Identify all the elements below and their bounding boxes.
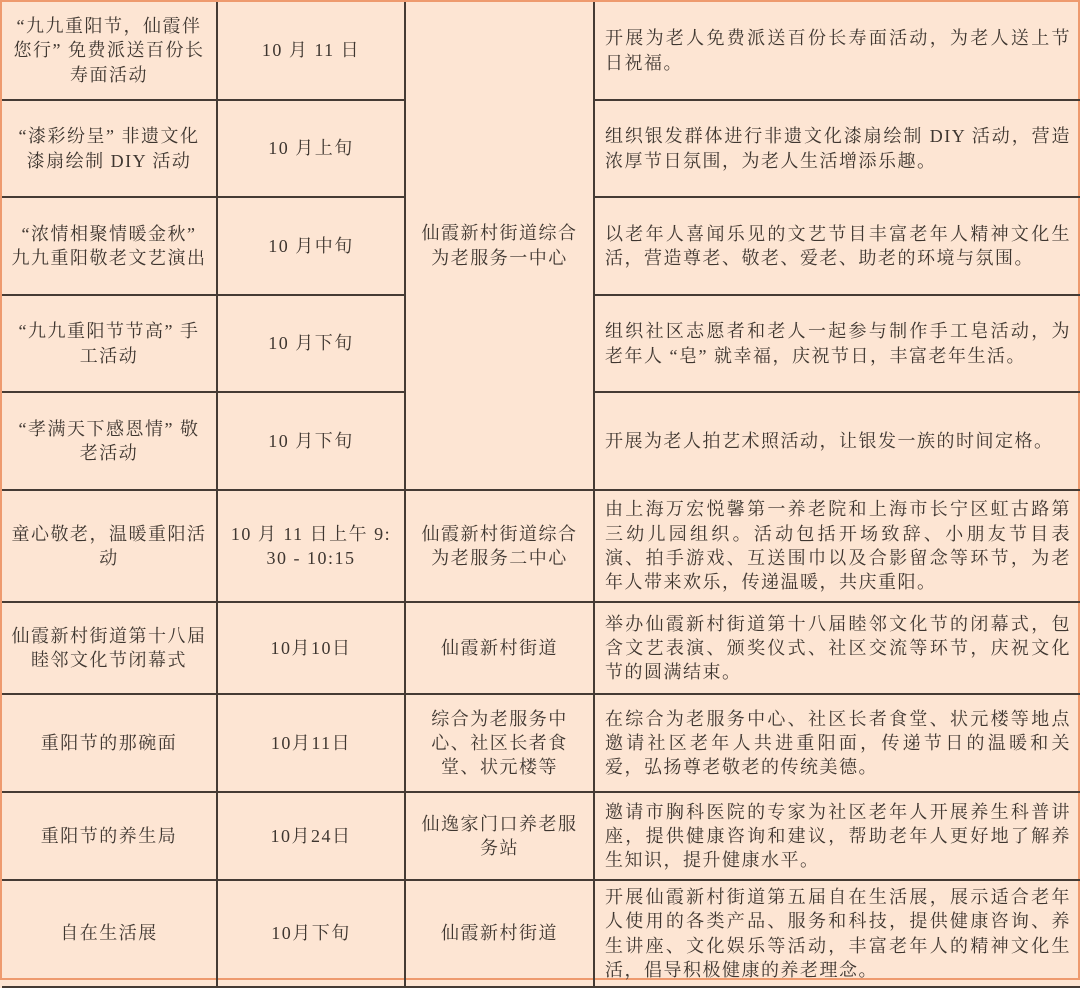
activity-cell: “浓情相聚情暖金秋” 九九重阳敬老文艺演出 <box>2 197 217 295</box>
activity-cell: 仙霞新村街道第十八届睦邻文化节闭幕式 <box>2 602 217 694</box>
description-cell: 组织社区志愿者和老人一起参与制作手工皂活动，为老年人 “皂” 就幸福，庆祝节日，… <box>594 295 1080 392</box>
date-cell: 10 月中旬 <box>217 197 405 295</box>
table-row: 自在生活展 10月下旬 仙霞新村街道 开展仙霞新村街道第五届自在生活展，展示适合… <box>2 880 1080 987</box>
activity-cell: 自在生活展 <box>2 880 217 987</box>
activity-cell: “九九重阳节节高” 手工活动 <box>2 295 217 392</box>
date-cell: 10 月下旬 <box>217 392 405 490</box>
description-cell: 开展为老人拍艺术照活动，让银发一族的时间定格。 <box>594 392 1080 490</box>
date-cell: 10 月 11 日 <box>217 2 405 100</box>
location-cell: 仙霞新村街道 <box>405 880 594 987</box>
activity-cell: “九九重阳节，仙霞伴您行” 免费派送百份长寿面活动 <box>2 2 217 100</box>
document-frame: “九九重阳节，仙霞伴您行” 免费派送百份长寿面活动 10 月 11 日 仙霞新村… <box>0 0 1080 980</box>
location-cell: 仙逸家门口养老服务站 <box>405 792 594 880</box>
date-cell: 10月11日 <box>217 694 405 792</box>
date-cell: 10 月 11 日上午 9:30 - 10:15 <box>217 490 405 602</box>
location-cell: 仙霞新村街道综合为老服务二中心 <box>405 490 594 602</box>
description-cell: 组织银发群体进行非遗文化漆扇绘制 DIY 活动，营造浓厚节日氛围，为老人生活增添… <box>594 100 1080 197</box>
table-row: 童心敬老，温暖重阳活动 10 月 11 日上午 9:30 - 10:15 仙霞新… <box>2 490 1080 602</box>
description-cell: 以老年人喜闻乐见的文艺节目丰富老年人精神文化生活，营造尊老、敬老、爱老、助老的环… <box>594 197 1080 295</box>
table-row: 重阳节的养生局 10月24日 仙逸家门口养老服务站 邀请市胸科医院的专家为社区老… <box>2 792 1080 880</box>
description-cell: 由上海万宏悦馨第一养老院和上海市长宁区虹古路第三幼儿园组织。活动包括开场致辞、小… <box>594 490 1080 602</box>
description-cell: 邀请市胸科医院的专家为社区老年人开展养生科普讲座，提供健康咨询和建议，帮助老年人… <box>594 792 1080 880</box>
description-cell: 举办仙霞新村街道第十八届睦邻文化节的闭幕式，包含文艺表演、颁奖仪式、社区交流等环… <box>594 602 1080 694</box>
table-row: 仙霞新村街道第十八届睦邻文化节闭幕式 10月10日 仙霞新村街道 举办仙霞新村街… <box>2 602 1080 694</box>
description-cell: 开展仙霞新村街道第五届自在生活展，展示适合老年人使用的各类产品、服务和科技，提供… <box>594 880 1080 987</box>
schedule-table: “九九重阳节，仙霞伴您行” 免费派送百份长寿面活动 10 月 11 日 仙霞新村… <box>2 2 1080 988</box>
date-cell: 10月下旬 <box>217 880 405 987</box>
date-cell: 10月10日 <box>217 602 405 694</box>
description-cell: 开展为老人免费派送百份长寿面活动，为老人送上节日祝福。 <box>594 2 1080 100</box>
activity-cell: 童心敬老，温暖重阳活动 <box>2 490 217 602</box>
date-cell: 10月24日 <box>217 792 405 880</box>
location-cell: 综合为老服务中心、社区长者食堂、状元楼等 <box>405 694 594 792</box>
activity-cell: “孝满天下感恩情” 敬老活动 <box>2 392 217 490</box>
location-cell: 仙霞新村街道综合为老服务一中心 <box>405 2 594 490</box>
date-cell: 10 月下旬 <box>217 295 405 392</box>
activity-cell: 重阳节的那碗面 <box>2 694 217 792</box>
description-cell: 在综合为老服务中心、社区长者食堂、状元楼等地点邀请社区老年人共进重阳面，传递节日… <box>594 694 1080 792</box>
date-cell: 10 月上旬 <box>217 100 405 197</box>
table-row: 重阳节的那碗面 10月11日 综合为老服务中心、社区长者食堂、状元楼等 在综合为… <box>2 694 1080 792</box>
location-cell: 仙霞新村街道 <box>405 602 594 694</box>
activity-cell: 重阳节的养生局 <box>2 792 217 880</box>
activity-cell: “漆彩纷呈” 非遗文化漆扇绘制 DIY 活动 <box>2 100 217 197</box>
table-row: “九九重阳节，仙霞伴您行” 免费派送百份长寿面活动 10 月 11 日 仙霞新村… <box>2 2 1080 100</box>
